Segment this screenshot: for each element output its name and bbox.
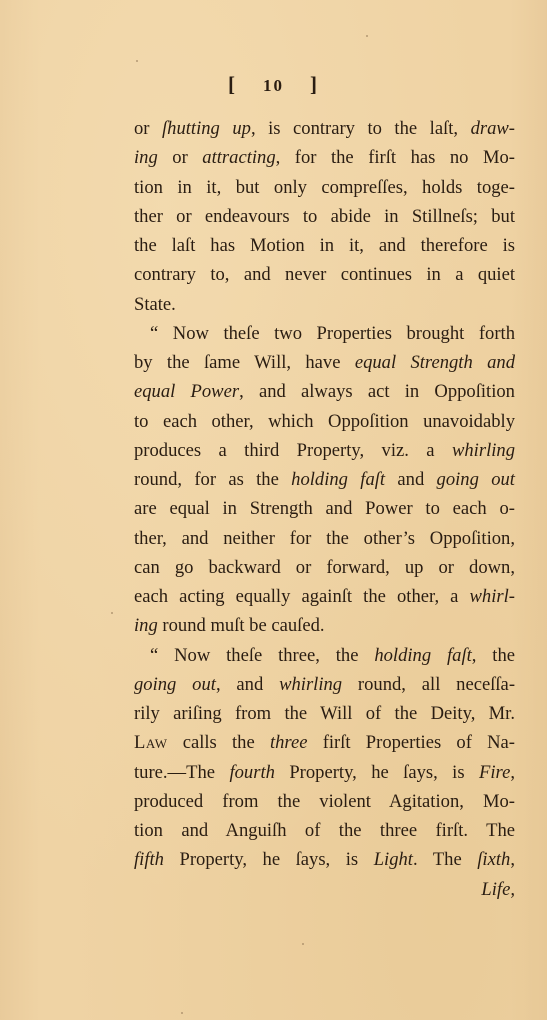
- text-line: ing round muſt be cauſed.: [134, 611, 515, 640]
- text-run: ,: [510, 849, 515, 870]
- italic-text: holding faſt: [374, 645, 471, 666]
- italic-text: going out: [134, 674, 216, 695]
- text-run: are equal in Strength and Power to each …: [134, 498, 515, 519]
- text-run: , and always act in Oppoſition: [239, 381, 515, 402]
- text-line: contrary to, and never continues in a qu…: [134, 260, 515, 289]
- text-run: Property, he ſays, is: [275, 762, 479, 783]
- italic-text: Fire: [479, 762, 510, 783]
- text-run: firſt Properties of Na-: [307, 732, 515, 753]
- text-line: produced from the violent Agitation, Mo-: [134, 787, 515, 816]
- italic-text: whirling: [452, 440, 515, 461]
- text-line: to each other, which Oppoſition unavoida…: [134, 407, 515, 436]
- text-run: round muſt be cauſed.: [158, 615, 325, 636]
- text-line: ther, and neither for the other’s Oppoſi…: [134, 524, 515, 553]
- text-line: can go backward or forward, up or down,: [134, 553, 515, 582]
- text-run: by the ſame Will, have: [134, 352, 355, 373]
- italic-text: three: [270, 732, 308, 753]
- text-run: Law: [134, 732, 167, 753]
- paper-speck: [136, 60, 138, 62]
- text-run: ther or endeavours to abide in Stillneſs…: [134, 206, 515, 227]
- text-line: fifth Property, he ſays, is Light. The ſ…: [134, 845, 515, 874]
- text-line: “ Now theſe two Properties brought forth: [134, 319, 515, 348]
- italic-text: equal Power: [134, 381, 239, 402]
- italic-text: Light: [374, 849, 413, 870]
- text-run: produces a third Property, viz. a: [134, 440, 452, 461]
- italic-text: draw-: [471, 118, 515, 139]
- text-run: contrary to, and never continues in a qu…: [134, 264, 515, 285]
- italic-text: attracting: [202, 147, 275, 168]
- text-line: State.: [134, 290, 515, 319]
- italic-text: ſhutting up: [162, 118, 251, 139]
- text-line: tion in it, but only compreſſes, holds t…: [134, 173, 515, 202]
- paper-speck: [181, 1012, 183, 1014]
- italic-text: equal Strength and: [355, 352, 515, 373]
- text-run: or: [134, 118, 162, 139]
- text-line: “ Now theſe three, the holding faſt, the: [134, 641, 515, 670]
- italic-text: whirling: [279, 674, 342, 695]
- text-run: State.: [134, 294, 176, 315]
- text-run: and: [385, 469, 436, 490]
- text-run: round, all neceſſa-: [342, 674, 515, 695]
- text-run: ture.—The: [134, 762, 229, 783]
- text-line: ther or endeavours to abide in Stillneſs…: [134, 202, 515, 231]
- paper-speck: [366, 35, 368, 37]
- text-run: “ Now theſe two Properties brought forth: [150, 323, 515, 344]
- text-run: rily ariſing from the Will of the Deity,…: [134, 703, 515, 724]
- text-line: by the ſame Will, have equal Strength an…: [134, 348, 515, 377]
- italic-text: ſixth: [477, 849, 510, 870]
- paper-speck: [111, 612, 113, 614]
- text-run: , and: [216, 674, 279, 695]
- text-run: to each other, which Oppoſition unavoida…: [134, 411, 515, 432]
- text-line: ture.—The fourth Property, he ſays, is F…: [134, 758, 515, 787]
- text-run: or: [158, 147, 203, 168]
- text-line: the laſt has Motion in it, and therefore…: [134, 231, 515, 260]
- text-line: equal Power, and always act in Oppoſitio…: [134, 377, 515, 406]
- italic-text: holding faſt: [291, 469, 385, 490]
- text-run: , for the firſt has no Mo-: [276, 147, 515, 168]
- page-number-header: [10]: [0, 72, 547, 97]
- page-number-open-bracket: [: [228, 72, 237, 97]
- text-run: Property, he ſays, is: [164, 849, 374, 870]
- text-run: , the: [472, 645, 515, 666]
- text-line: are equal in Strength and Power to each …: [134, 494, 515, 523]
- italic-text: fourth: [229, 762, 274, 783]
- catchword: Life,: [134, 875, 515, 904]
- italic-text: ing: [134, 615, 158, 636]
- text-line: ing or attracting, for the firſt has no …: [134, 143, 515, 172]
- italic-text: going out: [437, 469, 515, 490]
- italic-text: fifth: [134, 849, 164, 870]
- page-number-close-bracket: ]: [310, 72, 319, 97]
- text-line: going out, and whirling round, all neceſ…: [134, 670, 515, 699]
- text-run: the laſt has Motion in it, and therefore…: [134, 235, 515, 256]
- text-run: ther, and neither for the other’s Oppoſi…: [134, 528, 515, 549]
- text-run: round, for as the: [134, 469, 291, 490]
- book-page: [10] or ſhutting up, is contrary to the …: [0, 0, 547, 1020]
- text-line: produces a third Property, viz. a whirli…: [134, 436, 515, 465]
- text-run: , is contrary to the laſt,: [251, 118, 471, 139]
- text-run: . The: [413, 849, 477, 870]
- text-run: produced from the violent Agitation, Mo-: [134, 791, 515, 812]
- page-number: 10: [263, 76, 284, 96]
- text-run: tion in it, but only compreſſes, holds t…: [134, 177, 515, 198]
- text-line: each acting equally againſt the other, a…: [134, 582, 515, 611]
- text-run: tion and Anguiſh of the three firſt. The: [134, 820, 515, 841]
- text-run: calls the: [167, 732, 269, 753]
- text-run: can go backward or forward, up or down,: [134, 557, 515, 578]
- text-run: each acting equally againſt the other, a: [134, 586, 470, 607]
- italic-text: whirl-: [470, 586, 515, 607]
- catchword-text: Life,: [481, 879, 515, 900]
- paper-speck: [302, 943, 304, 945]
- text-run: “ Now theſe three, the: [150, 645, 374, 666]
- text-line: rily ariſing from the Will of the Deity,…: [134, 699, 515, 728]
- text-line: round, for as the holding faſt and going…: [134, 465, 515, 494]
- body-text: or ſhutting up, is contrary to the laſt,…: [134, 114, 515, 904]
- italic-text: ing: [134, 147, 158, 168]
- text-line: or ſhutting up, is contrary to the laſt,…: [134, 114, 515, 143]
- text-run: ,: [510, 762, 515, 783]
- text-line: tion and Anguiſh of the three firſt. The: [134, 816, 515, 845]
- text-line: Law calls the three firſt Properties of …: [134, 728, 515, 757]
